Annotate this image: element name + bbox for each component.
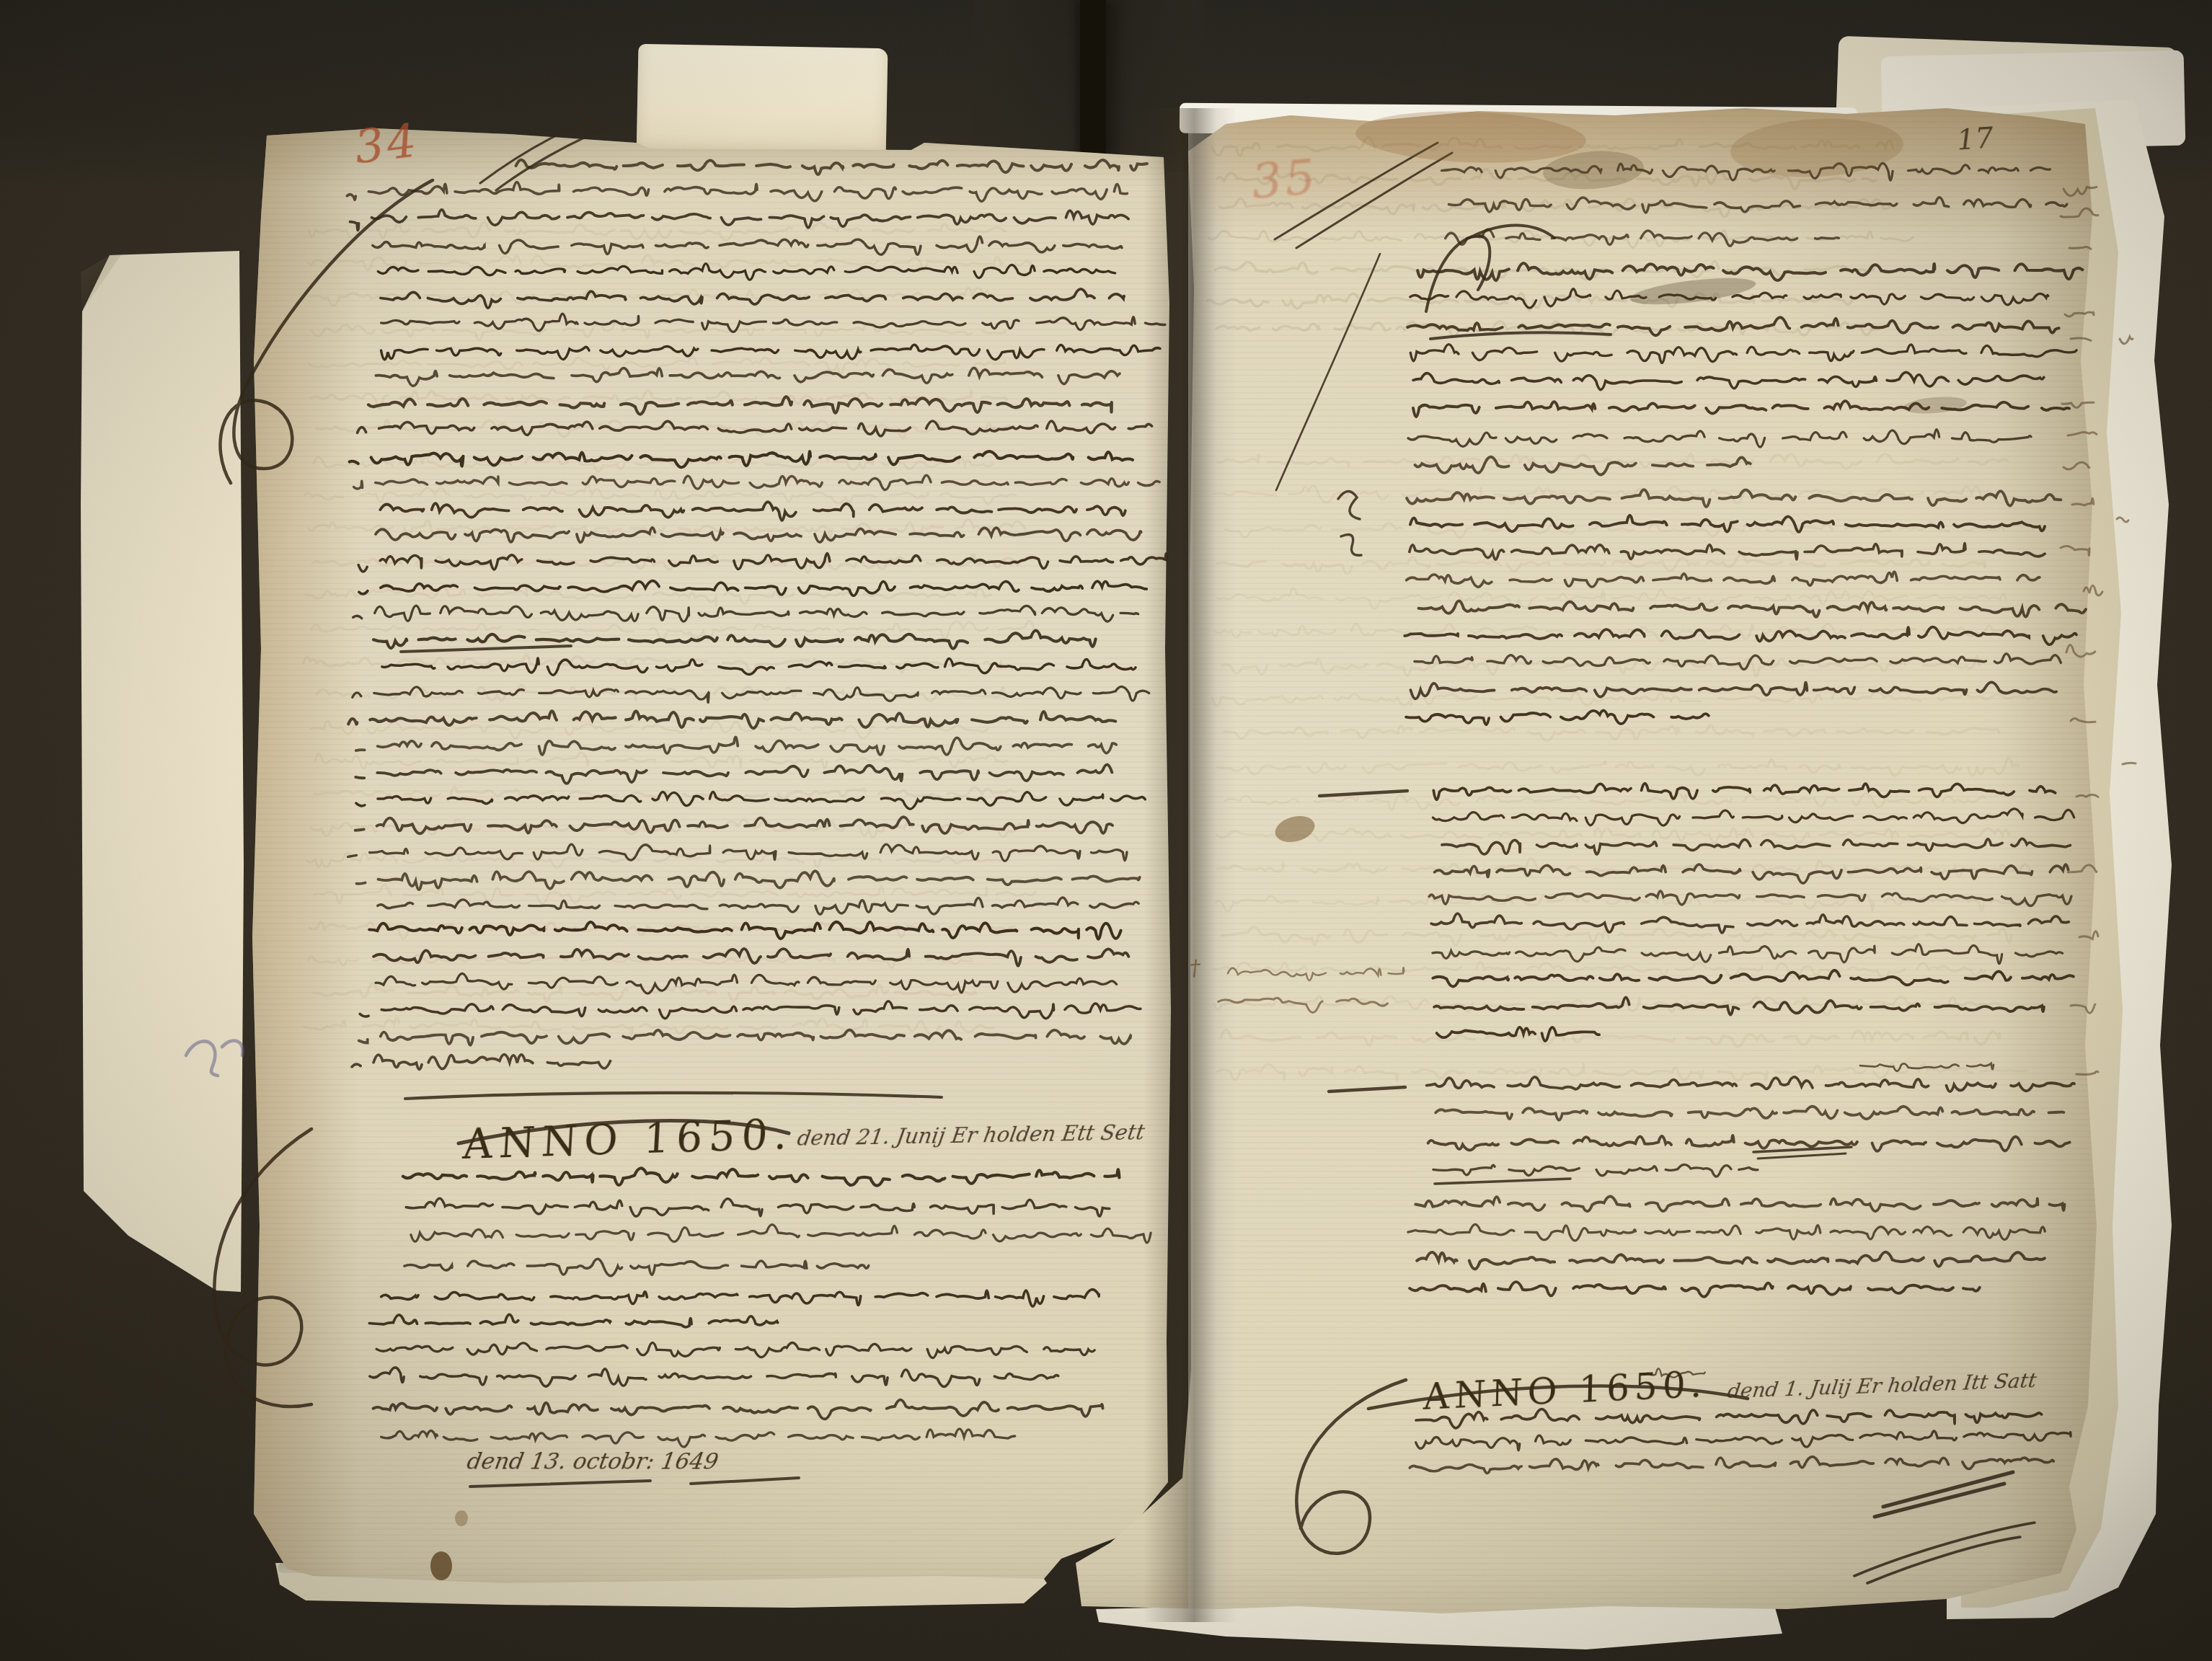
- handwriting-line-right-block-f: [1408, 1224, 2045, 1241]
- handwriting-line-right-ghost-mid: [1216, 893, 2029, 911]
- handwriting-line-left-kongl-bref: [370, 1368, 1058, 1387]
- folio-number-right-red: 35: [1249, 149, 1320, 210]
- manuscript-photo-scene: 34 35 17 ANNO 1650. dend 21. Junij Er ho…: [0, 0, 2212, 1661]
- handwriting-line-left-ghost: [310, 288, 990, 306]
- handwriting-line-left-main: [358, 554, 1167, 572]
- margin-marks-right-c: [1338, 491, 1361, 555]
- underline-date-a: [470, 1481, 650, 1487]
- fore-edge-text-fragment: [2071, 719, 2095, 722]
- fore-edge-text-fragment: [2061, 208, 2098, 217]
- ink-stain: [1355, 107, 1587, 166]
- handwriting-line-left-main: [516, 160, 1147, 174]
- handwriting-line-right-block-c: [1406, 710, 1709, 725]
- handwriting-line-left-main: [347, 182, 1127, 202]
- handwriting-line-left-main: [380, 502, 1125, 521]
- handwriting-line-left-main: [381, 314, 1165, 332]
- handwriting-line-left-ghost: [306, 852, 1009, 867]
- fore-edge-text-fragment: [2123, 763, 2136, 764]
- handwriting-line-right-block-e: [1433, 1164, 1758, 1177]
- handwriting-line-left-kongl-bref: [381, 1429, 1015, 1447]
- handwriting-ink-layer: [0, 0, 2212, 1661]
- handwriting-line-right-block-f: [1410, 1282, 1980, 1297]
- handwriting-line-right-block-c: [1407, 572, 2040, 587]
- handwriting-line-left-main: [373, 630, 1096, 648]
- fore-edge-text-fragment: [2076, 1071, 2098, 1074]
- ink-stain: [1629, 273, 1757, 309]
- hatch-right-b: [1875, 1484, 2004, 1517]
- handwriting-line-left-ghost: [311, 621, 1035, 639]
- handwriting-line-left-anno-lines: [406, 1198, 1110, 1216]
- handwriting-line-left-main: [350, 210, 1129, 230]
- handwriting-line-right-block-c: [1419, 601, 2086, 616]
- ink-stain: [1273, 812, 1318, 846]
- handwriting-line-left-ghost: [314, 885, 1035, 903]
- fore-edge-text-fragment: [2120, 337, 2133, 344]
- handwriting-line-right-block-d: [1433, 784, 2055, 800]
- handwriting-line-right-block-b: [1417, 263, 2082, 280]
- handwriting-line-left-main: [360, 1001, 1141, 1019]
- handwriting-line-right-anno-lines: [1410, 1457, 2053, 1474]
- fore-edge-text-fragment: [2084, 585, 2102, 595]
- handwriting-line-right-block-d: [1433, 970, 2073, 986]
- fore-edge-text-fragment: [2076, 794, 2098, 797]
- handwriting-line-right-block-b: [1410, 345, 2076, 363]
- fore-edge-text-fragment: [2063, 187, 2097, 195]
- handwriting-line-right-block-f: [1417, 1252, 2045, 1270]
- handwriting-line-right-header: [1449, 198, 2067, 213]
- handwriting-line-right-block-e: [1427, 1077, 2074, 1091]
- flick-right-a: [1854, 1523, 2035, 1576]
- handwriting-line-left-ghost: [304, 486, 1016, 505]
- handwriting-line-right-ghost-mid: [1224, 725, 1999, 741]
- margin-dash-right-d: [1319, 791, 1407, 796]
- handwriting-line-left-main: [355, 765, 1112, 784]
- date-line-left: dend 13. octobr: 1649: [465, 1449, 720, 1475]
- handwriting-line-left-main: [357, 871, 1140, 890]
- handwriting-line-left-main: [353, 606, 1138, 621]
- handwriting-line-left-ghost: [312, 322, 1006, 340]
- handwriting-line-left-kongl-bref: [376, 1342, 1094, 1357]
- handwriting-line-right-block-b: [1408, 430, 2031, 448]
- fore-edge-text-fragment: [2072, 498, 2094, 505]
- fore-edge-text-fragment: [2071, 1004, 2095, 1013]
- handwriting-line-left-main: [382, 658, 1136, 675]
- handwriting-line-left-anno-lines: [404, 1259, 869, 1275]
- handwriting-line-left-ghost: [309, 222, 1006, 240]
- handwriting-line-left-main: [358, 421, 1152, 436]
- rule-above-anno-left: [405, 1093, 942, 1099]
- page-number-ink: 17: [1955, 121, 1994, 156]
- handwriting-line-left-kongl-bref: [373, 1400, 1103, 1419]
- fore-edge-text-fragment: [2065, 312, 2094, 316]
- handwriting-line-left-main: [359, 1030, 1131, 1045]
- underline-right-e2: [1435, 1179, 1570, 1184]
- underline-right-e1: [1753, 1147, 1852, 1152]
- fore-edge-text-fragment: [2117, 518, 2128, 522]
- handwriting-line-left-main: [356, 792, 1145, 810]
- handwriting-line-right-marginal-note: [1228, 967, 1404, 980]
- handwriting-line-left-main: [373, 236, 1122, 254]
- marginal-note-dagger: †: [1189, 956, 1201, 982]
- ink-stain: [1903, 394, 1968, 416]
- underline-date-b: [691, 1478, 799, 1484]
- handwriting-line-left-ghost: [315, 753, 1007, 769]
- handwriting-line-left-main: [352, 1055, 610, 1070]
- handwriting-line-right-block-c: [1410, 544, 2045, 559]
- handwriting-line-left-main: [373, 949, 1128, 966]
- handwriting-line-right-block-d: [1431, 913, 2069, 933]
- handwriting-line-right-ghost-mid: [1217, 555, 1985, 575]
- handwriting-line-right-block-b: [1413, 401, 2069, 417]
- fore-edge-text-fragment: [2071, 338, 2091, 340]
- handwriting-line-left-anno-lines: [411, 1225, 1151, 1243]
- fore-edge-text-fragment: [2079, 931, 2098, 939]
- handwriting-line-right-anno-lines: [1416, 1431, 2071, 1450]
- handwriting-line-left-main: [369, 922, 1120, 939]
- handwriting-line-left-main: [354, 475, 1160, 490]
- handwriting-line-left-main: [356, 738, 1117, 756]
- handwriting-line-left-ghost: [310, 722, 987, 738]
- margin-dash-right-e: [1329, 1087, 1405, 1091]
- handwriting-line-left-main: [378, 264, 1115, 280]
- ink-stain: [430, 1551, 452, 1580]
- fore-edge-text-fragment: [2068, 432, 2097, 435]
- handwriting-line-right-block-d: [1435, 864, 2069, 883]
- handwriting-line-left-main: [376, 368, 1120, 386]
- handwriting-line-right-ghost-mid: [1222, 927, 2012, 945]
- handwriting-line-right-block-d: [1433, 809, 2074, 825]
- strike-left-word: [401, 646, 571, 652]
- handwriting-line-left-ghost: [304, 1017, 994, 1035]
- underline-right-e1b: [1758, 1153, 1846, 1159]
- fore-edge-text-fragment: [2063, 462, 2089, 469]
- hatch-right-a: [1883, 1472, 2013, 1507]
- handwriting-line-right-ghost-mid: [1221, 1029, 2001, 1047]
- handwriting-line-right-block-f: [1415, 1196, 2064, 1211]
- fore-edge-text-fragment: [2061, 546, 2089, 555]
- handwriting-line-left-main: [348, 844, 1128, 861]
- margin-slash-right-b: [1276, 254, 1380, 490]
- flourish-left-anno: [214, 1129, 311, 1407]
- handwriting-line-right-ghost-mid: [1217, 828, 2010, 843]
- handwriting-line-left-main: [359, 581, 1146, 596]
- handwriting-line-right-block-d: [1442, 838, 2070, 854]
- handwriting-line-left-blef-lest: [381, 1290, 1099, 1307]
- handwriting-line-right-block-e: [1428, 1135, 2070, 1151]
- handwriting-line-left-blef-lest: [369, 1314, 777, 1326]
- handwriting-line-right-ghost-mid: [1213, 691, 2035, 707]
- pencil-mark-blue: [186, 1040, 243, 1076]
- handwriting-line-right-block-d: [1433, 944, 2063, 964]
- handwriting-line-right-block-b: [1413, 372, 2044, 389]
- ink-stain: [455, 1510, 468, 1526]
- fore-edge-text-fragment: [2068, 865, 2097, 872]
- handwriting-line-right-block-e: [1435, 1107, 2063, 1120]
- handwriting-line-right-ghost-top: [1216, 262, 1875, 280]
- handwriting-line-right-ghost-mid: [1217, 1063, 2027, 1081]
- handwriting-line-left-main: [381, 345, 1161, 360]
- slash-by-34-a: [480, 115, 601, 183]
- handwriting-line-right-ghost-mid: [1217, 758, 2019, 776]
- fore-edge-text-fragment: [2069, 247, 2091, 249]
- handwriting-line-left-anno-lines: [403, 1168, 1120, 1185]
- handwriting-line-right-ghost-mid: [1213, 962, 1986, 978]
- folio-number-left-red: 34: [352, 115, 423, 175]
- fore-edge-text-fragment: [2066, 645, 2095, 657]
